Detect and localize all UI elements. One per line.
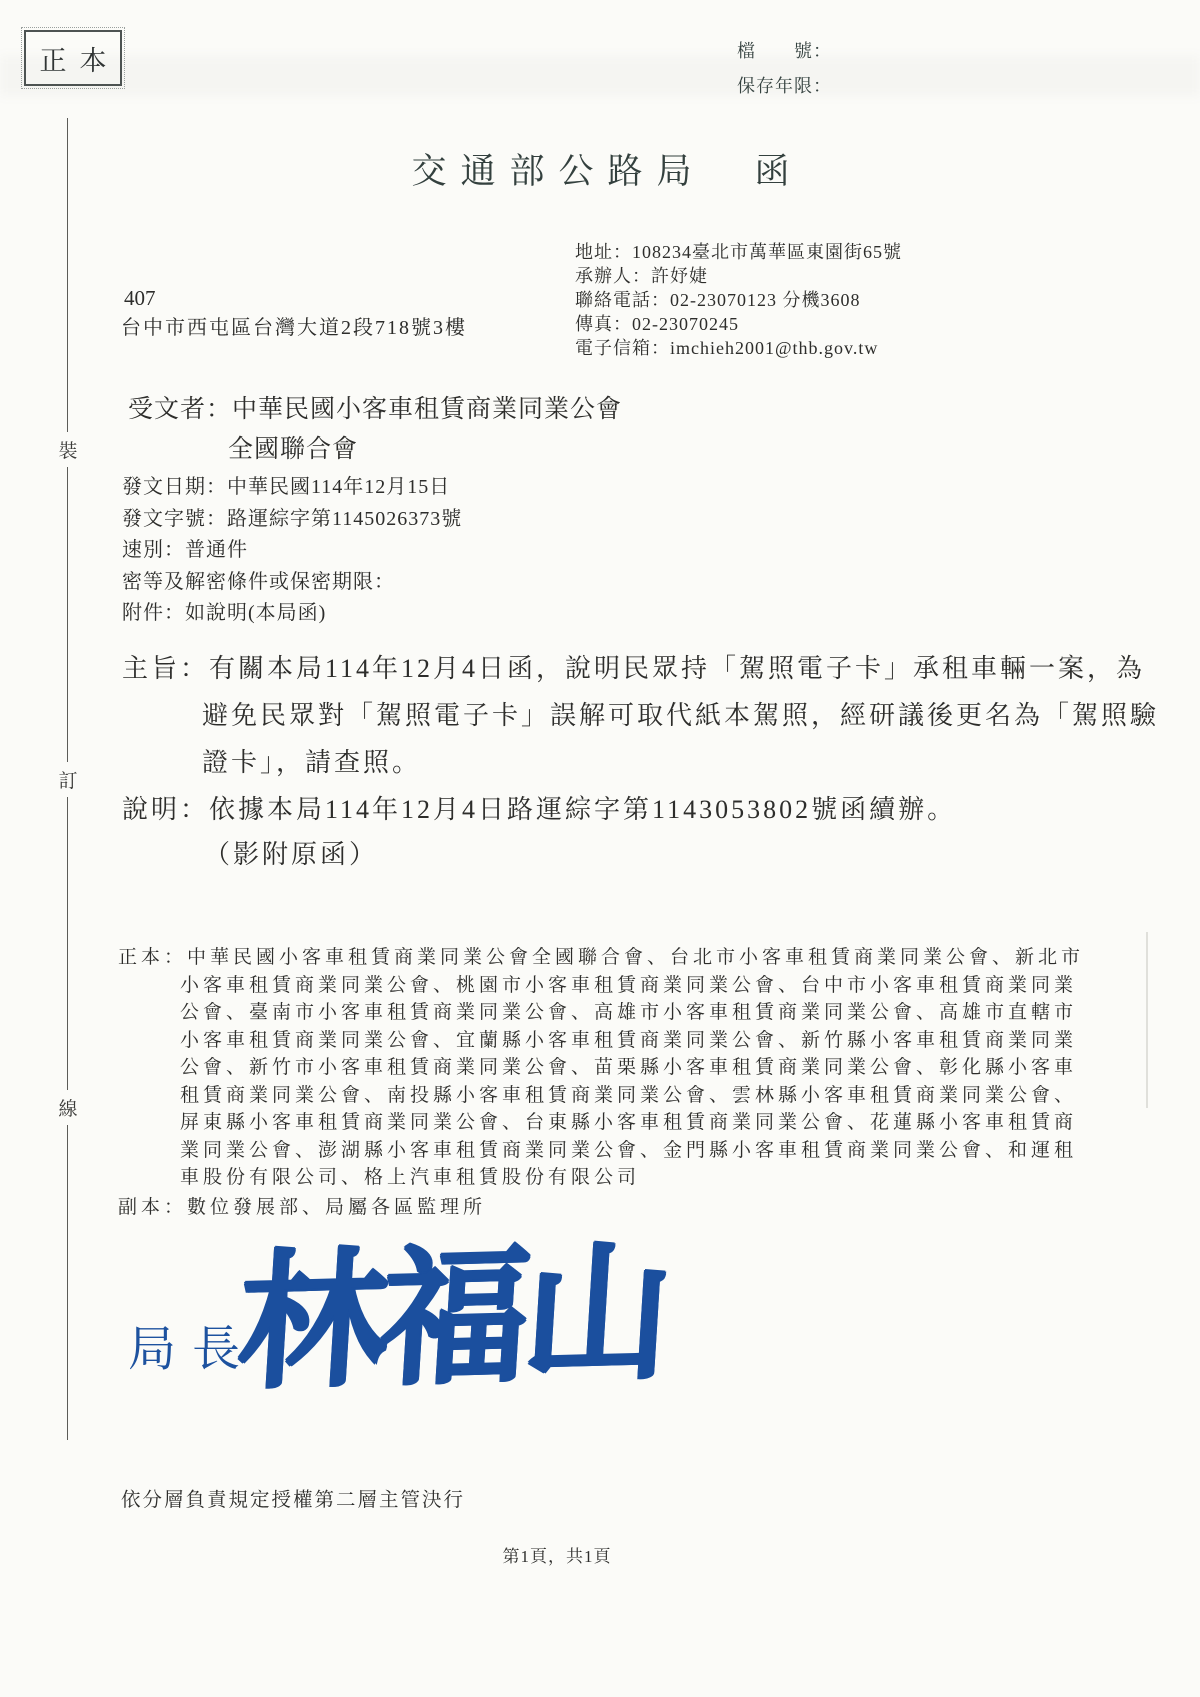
original-copy-stamp-label: 正本: [27, 39, 120, 78]
explanation-note: （影附原函）: [204, 832, 1084, 877]
doc-number-line: 發文字號：路運綜字第1145026373號: [122, 504, 462, 536]
binding-mark-xian: 線: [55, 1090, 81, 1125]
contact-address-line: 地址：108234臺北市萬華區東園街65號: [575, 240, 902, 264]
subject-label: 主旨：: [122, 654, 209, 683]
recipient-name: 中華民國小客車租賃商業同業公會: [232, 396, 622, 423]
agency-contact-block: 地址：108234臺北市萬華區東園街65號 承辦人：許妤婕 聯絡電話：02-23…: [575, 240, 902, 360]
priority-line: 速別：普通件: [122, 535, 462, 567]
explanation-text: 依據本局114年12月4日路運綜字第1143053802號函續辦。: [209, 795, 956, 824]
copy-recipients: 副本：數位發展部、局屬各區監理所: [118, 1194, 1098, 1222]
original-copy-stamp: 正本: [24, 30, 122, 86]
addressee-street-address: 台中市西屯區台灣大道2段718號3樓: [121, 311, 467, 340]
subject-section: 主旨：有關本局114年12月4日函，說明民眾持「駕照電子卡」承租車輛一案，為避免…: [122, 645, 1164, 786]
subject-text: 有關本局114年12月4日函，說明民眾持「駕照電子卡」承租車輛一案，為避免民眾對…: [202, 654, 1159, 777]
distribution-section: 正本：中華民國小客車租賃商業同業公會全國聯合會、台北市小客車租賃商業同業公會、新…: [118, 944, 1098, 1221]
addressee-zip: 407: [124, 286, 156, 311]
file-number-label: 檔 號：: [737, 34, 832, 69]
contact-fax-line: 傳真：02-23070245: [575, 312, 902, 336]
contact-phone-line: 聯絡電話：02-23070123 分機3608: [575, 288, 902, 312]
signer-signature: 林福山: [233, 1233, 670, 1407]
copy-recipients-label: 副本：: [118, 1197, 187, 1218]
explanation-label: 說明：: [122, 795, 209, 824]
original-recipients-label: 正本：: [118, 947, 187, 968]
explanation-line: 說明：依據本局114年12月4日路運綜字第1143053802號函續辦。: [122, 787, 1084, 832]
document-metadata: 發文日期：中華民國114年12月15日 發文字號：路運綜字第1145026373…: [122, 472, 462, 630]
page-number: 第1頁，共1頁: [0, 1542, 1114, 1567]
archive-labels: 檔 號： 保存年限：: [737, 34, 832, 104]
retention-period-label: 保存年限：: [737, 69, 832, 104]
contact-email-line: 電子信箱：imchieh2001@thb.gov.tw: [575, 336, 902, 360]
copy-recipients-text: 數位發展部、局屬各區監理所: [187, 1197, 486, 1218]
issue-date-line: 發文日期：中華民國114年12月15日: [122, 472, 462, 504]
scan-smudge-band: [0, 56, 1200, 96]
authorization-note: 依分層負責規定授權第二層主管決行: [121, 1484, 465, 1512]
recipient-name-continued: 全國聯合會: [228, 429, 358, 465]
document-title: 交通部公路局 函: [0, 144, 1200, 194]
binding-mark-ding: 訂: [55, 762, 81, 797]
recipient-label: 受文者：: [128, 396, 232, 423]
binding-mark-zhuang: 裝: [55, 432, 81, 467]
classification-line: 密等及解密條件或保密期限：: [122, 567, 462, 599]
scanned-official-letter: 正本 檔 號： 保存年限： 交通部公路局 函 裝 訂 線 407 台中市西屯區台…: [0, 0, 1200, 1697]
contact-person-line: 承辦人：許妤婕: [575, 264, 902, 288]
recipient-line: 受文者：中華民國小客車租賃商業同業公會: [128, 389, 622, 425]
original-recipients-text: 中華民國小客車租賃商業同業公會全國聯合會、台北市小客車租賃商業同業公會、新北市小…: [180, 947, 1084, 1188]
explanation-section: 說明：依據本局114年12月4日路運綜字第1143053802號函續辦。 （影附…: [122, 787, 1084, 877]
original-recipients: 正本：中華民國小客車租賃商業同業公會全國聯合會、台北市小客車租賃商業同業公會、新…: [118, 944, 1098, 1192]
attachment-line: 附件：如說明(本局函): [122, 598, 462, 630]
scan-artifact-line: [1146, 932, 1148, 1108]
